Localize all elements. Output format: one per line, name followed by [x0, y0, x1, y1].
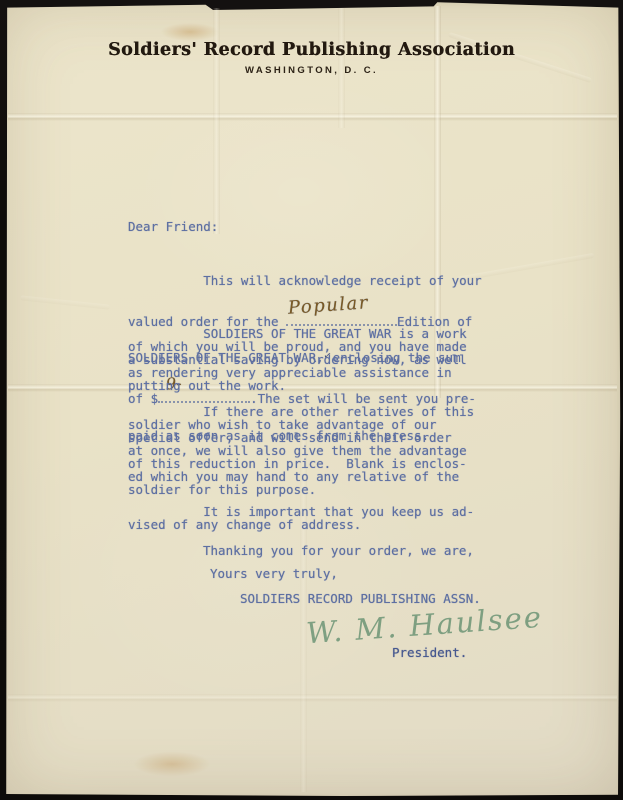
letterhead-subtitle: WASHINGTON, D. C. [0, 65, 623, 76]
paragraph-2: SOLDIERS OF THE GREAT WAR is a work of w… [128, 328, 467, 393]
company-name: SOLDIERS RECORD PUBLISHING ASSN. [240, 593, 481, 606]
closing-valediction: Yours very truly, [210, 568, 338, 581]
signature-title: President. [392, 647, 467, 660]
filled-blank-edition: Popular [286, 314, 397, 326]
handwritten-edition: Popular [288, 297, 370, 316]
horizontal-fold-crease-top [8, 113, 617, 121]
typed-line: valued order for the PopularEdition of [128, 314, 482, 327]
paragraph-3: If there are other relatives of this sol… [128, 405, 474, 496]
horizontal-fold-crease-bottom [8, 694, 617, 702]
typed-line: This will acknowledge receipt of your [128, 275, 482, 288]
closing-thanks: Thanking you for your order, we are, [203, 545, 474, 558]
paragraph-4: It is important that you keep us ad- vis… [128, 506, 474, 532]
letterhead: Soldiers' Record Publishing Association … [0, 40, 623, 76]
letterhead-title: Soldiers' Record Publishing Association [0, 40, 623, 60]
salutation: Dear Friend: [128, 221, 218, 234]
scanned-letter-page: Soldiers' Record Publishing Association … [0, 0, 623, 800]
